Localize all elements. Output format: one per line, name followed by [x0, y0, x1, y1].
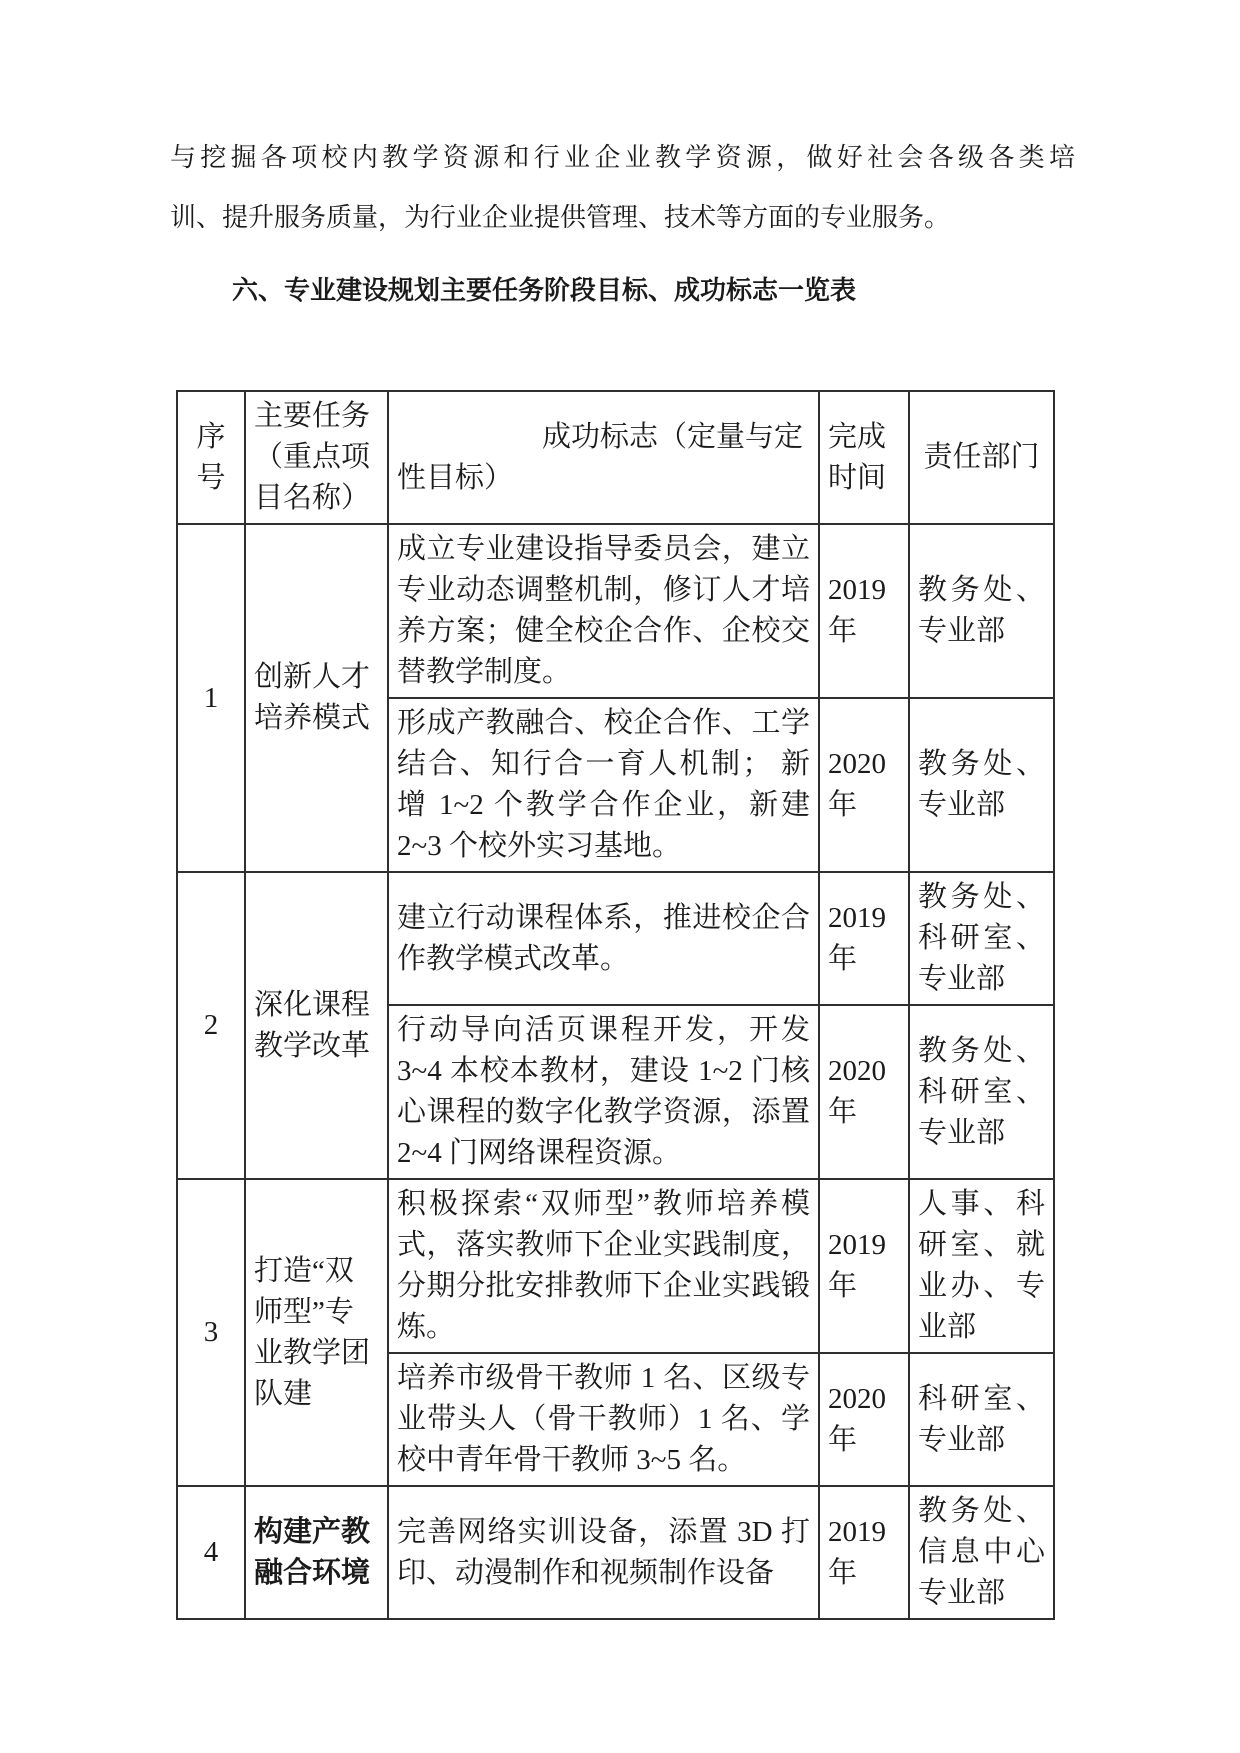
- cell-criteria-1b: 形成产教融合、校企合作、工学结合、知行合一育人机制； 新增 1~2 个教学合作企…: [388, 698, 819, 872]
- cell-criteria-2b: 行动导向活页课程开发，开发 3~4 本校本教材，建设 1~2 门核心课程的数字化…: [388, 1005, 819, 1179]
- cell-criteria-3a: 积极探索“双师型”教师培养模式，落实教师下企业实践制度，分期分批安排教师下企业实…: [388, 1179, 819, 1353]
- cell-criteria-1a: 成立专业建设指导委员会，建立专业动态调整机制，修订人才培养方案；健全校企合作、企…: [388, 524, 819, 698]
- cell-index-2: 2: [177, 872, 245, 1179]
- cell-task-3: 打造“双师型”专业教学团队建: [245, 1179, 388, 1486]
- intro-paragraph: 与挖掘各项校内教学资源和行业企业教学资源，做好社会各级各类培 训、提升服务质量，…: [170, 128, 1075, 248]
- cell-index-4: 4: [177, 1486, 245, 1619]
- cell-department-2a: 教务处、科研室、专业部: [909, 872, 1054, 1005]
- cell-department-1b: 教务处、专业部: [909, 698, 1054, 872]
- paragraph-line-1: 与挖掘各项校内教学资源和行业企业教学资源，做好社会各级各类培: [170, 128, 1075, 188]
- cell-criteria-4: 完善网络实训设备，添置 3D 打印、动漫制作和视频制作设备: [388, 1486, 819, 1619]
- paragraph-line-2: 训、提升服务质量，为行业企业提供管理、技术等方面的专业服务。: [170, 188, 1075, 248]
- cell-deadline-4: 2019年: [819, 1486, 909, 1619]
- table-row: 3 打造“双师型”专业教学团队建 积极探索“双师型”教师培养模式，落实教师下企业…: [177, 1179, 1054, 1353]
- cell-department-4: 教务处、信息中心专业部: [909, 1486, 1054, 1619]
- header-cell-department: 责任部门: [909, 391, 1054, 524]
- header-cell-criteria: 成功标志（定量与定性目标）: [388, 391, 819, 524]
- cell-criteria-3b: 培养市级骨干教师 1 名、区级专业带头人（骨干教师）1 名、学校中青年骨干教师 …: [388, 1353, 819, 1486]
- table-row: 2 深化课程教学改革 建立行动课程体系，推进校企合作教学模式改革。 2019年 …: [177, 872, 1054, 1005]
- table-row: 1 创新人才培养模式 成立专业建设指导委员会，建立专业动态调整机制，修订人才培养…: [177, 524, 1054, 698]
- document-page: 与挖掘各项校内教学资源和行业企业教学资源，做好社会各级各类培 训、提升服务质量，…: [0, 0, 1240, 1753]
- cell-task-1: 创新人才培养模式: [245, 524, 388, 872]
- section-heading: 六、专业建设规划主要任务阶段目标、成功标志一览表: [170, 268, 1192, 314]
- header-row: 序号 主要任务（重点项目名称） 成功标志（定量与定性目标） 完成时间 责任部门: [177, 391, 1054, 524]
- tasks-table: 序号 主要任务（重点项目名称） 成功标志（定量与定性目标） 完成时间 责任部门 …: [176, 390, 1055, 1620]
- cell-department-1a: 教务处、专业部: [909, 524, 1054, 698]
- header-cell-task: 主要任务（重点项目名称）: [245, 391, 388, 524]
- cell-deadline-3a: 2019年: [819, 1179, 909, 1353]
- cell-task-4: 构建产教融合环境: [245, 1486, 388, 1619]
- cell-index-3: 3: [177, 1179, 245, 1486]
- cell-criteria-2a: 建立行动课程体系，推进校企合作教学模式改革。: [388, 872, 819, 1005]
- cell-deadline-1a: 2019年: [819, 524, 909, 698]
- cell-deadline-1b: 2020年: [819, 698, 909, 872]
- header-cell-deadline: 完成时间: [819, 391, 909, 524]
- cell-task-2: 深化课程教学改革: [245, 872, 388, 1179]
- cell-department-3b: 科研室、专业部: [909, 1353, 1054, 1486]
- table-row: 4 构建产教融合环境 完善网络实训设备，添置 3D 打印、动漫制作和视频制作设备…: [177, 1486, 1054, 1619]
- cell-department-3a: 人事、科研室、就业办、专业部: [909, 1179, 1054, 1353]
- cell-deadline-2a: 2019年: [819, 872, 909, 1005]
- header-cell-index: 序号: [177, 391, 245, 524]
- cell-index-1: 1: [177, 524, 245, 872]
- cell-deadline-3b: 2020年: [819, 1353, 909, 1486]
- cell-department-2b: 教务处、科研室、专业部: [909, 1005, 1054, 1179]
- cell-deadline-2b: 2020年: [819, 1005, 909, 1179]
